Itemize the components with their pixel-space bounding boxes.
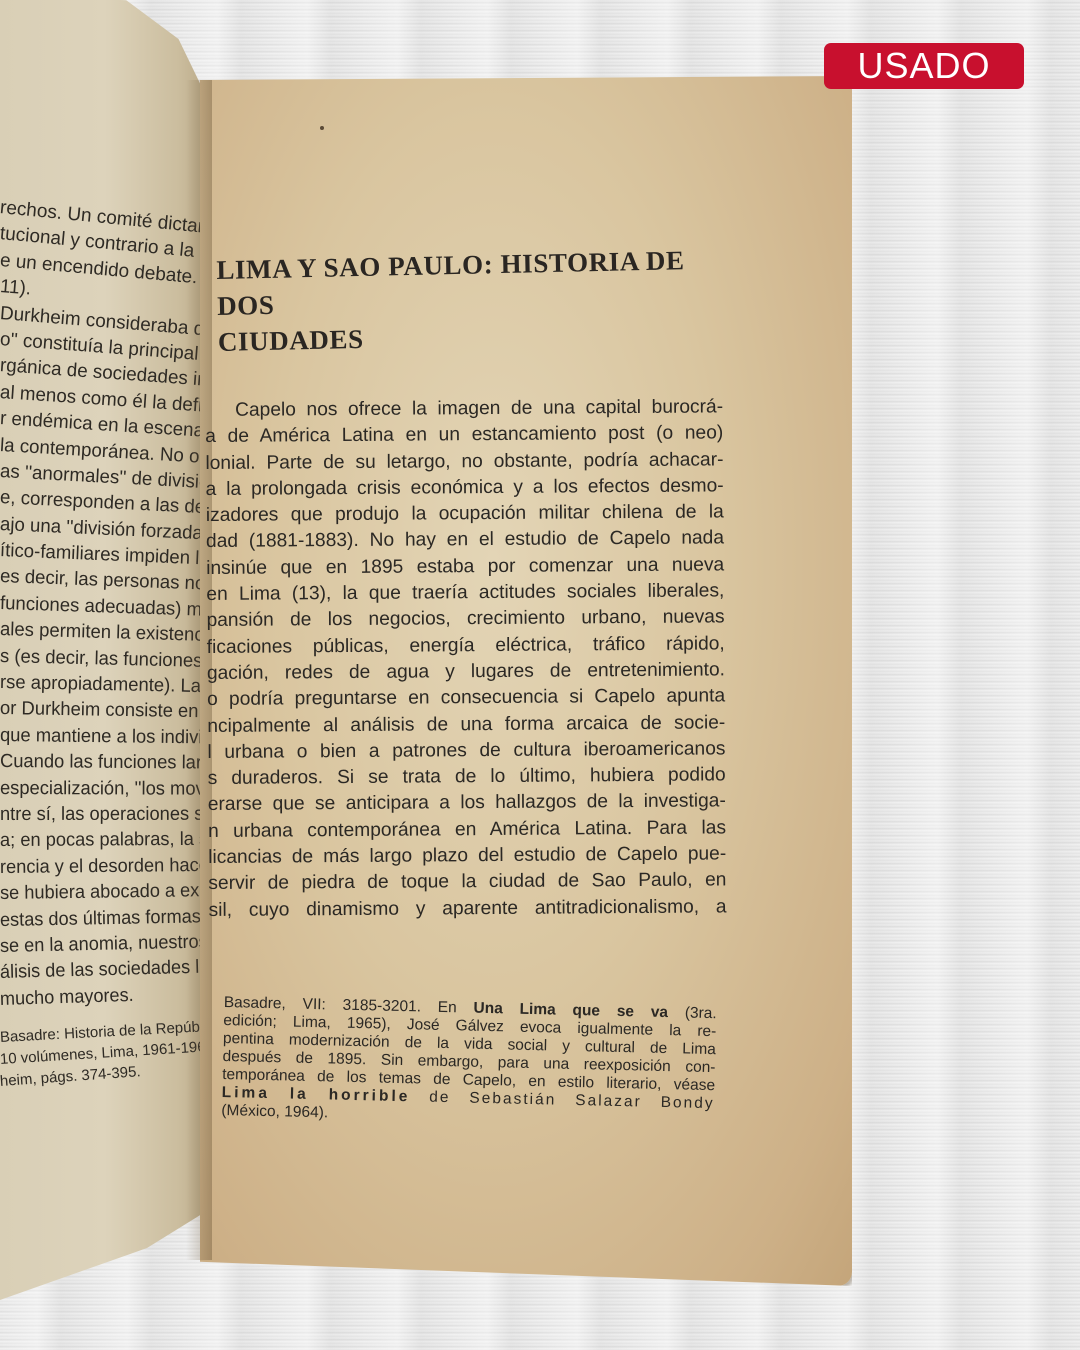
body-line: a de América Latina en un estancamiento … [205,421,723,451]
body-line: n urbana contemporánea en América Latina… [208,815,726,845]
body-line: erarse que se anticipara a los hallazgos… [208,789,726,819]
body-line: sil, cuyo dinamismo y aparente antitradi… [208,894,726,924]
left-page-line: mucho mayores. [0,980,205,1013]
body-line: a la prolongada crisis económica y a los… [206,473,724,503]
body-line: en Lima (13), la que traería actitudes s… [206,578,724,608]
left-page-line: especialización, ''los movimie [0,776,208,803]
left-page-text: rechos. Un comité dictaminó quetucional … [0,195,215,1093]
used-condition-badge: USADO [824,43,1024,89]
paper-spot [320,126,324,130]
body-line: gación, redes de agua y lugares de entre… [207,657,725,687]
left-page-line: Cuando las funciones largas [0,749,208,777]
left-page-line: se hubiera abocado a explorar [0,878,206,907]
chapter-title: LIMA Y SAO PAULO: HISTORIA DE DOS CIUDAD… [216,241,738,360]
title-line: LIMA Y SAO PAULO: HISTORIA DE DOS [216,241,737,324]
body-line: ncipalmente al análisis de una forma arc… [207,710,725,740]
body-line: o podría preguntarse en consecuencia si … [207,684,725,714]
left-page-line: a; en pocas palabras, la solidari [0,827,207,855]
body-paragraph: Capelo nos ofrece la imagen de una capit… [205,394,727,924]
body-line: dad (1881-1883). No hay en el estudio de… [206,526,724,556]
body-line: Capelo nos ofrece la imagen de una capit… [205,394,723,424]
body-line: servir de piedra de toque la ciudad de S… [208,868,726,898]
body-line: izadores que produjo la ocupación milita… [206,500,724,530]
body-line: l urbana o bien a patrones de cultura ib… [207,736,725,766]
body-line: licancias de más largo plazo del estudio… [208,841,726,871]
body-line: pansión de los negocios, crecimiento urb… [206,605,724,635]
body-line: lonial. Parte de su letargo, no obstante… [205,447,723,477]
body-line: ficaciones públicas, energía eléctrica, … [207,631,725,661]
left-page-line: rencia y el desorden hacen s [0,853,207,881]
body-line: insinúe que en 1895 estaba por comenzar … [206,552,724,582]
left-page-line: or Durkheim consiste en un [0,696,209,726]
left-page-line: ntre sí, las operaciones se lleva [0,802,207,829]
body-line: s duraderos. Si se trata de lo último, h… [208,763,726,793]
footnote: Basadre, VII: 3185-3201. En Una Lima que… [221,994,717,1131]
left-page-line: que mantiene a los individuos [0,723,208,752]
